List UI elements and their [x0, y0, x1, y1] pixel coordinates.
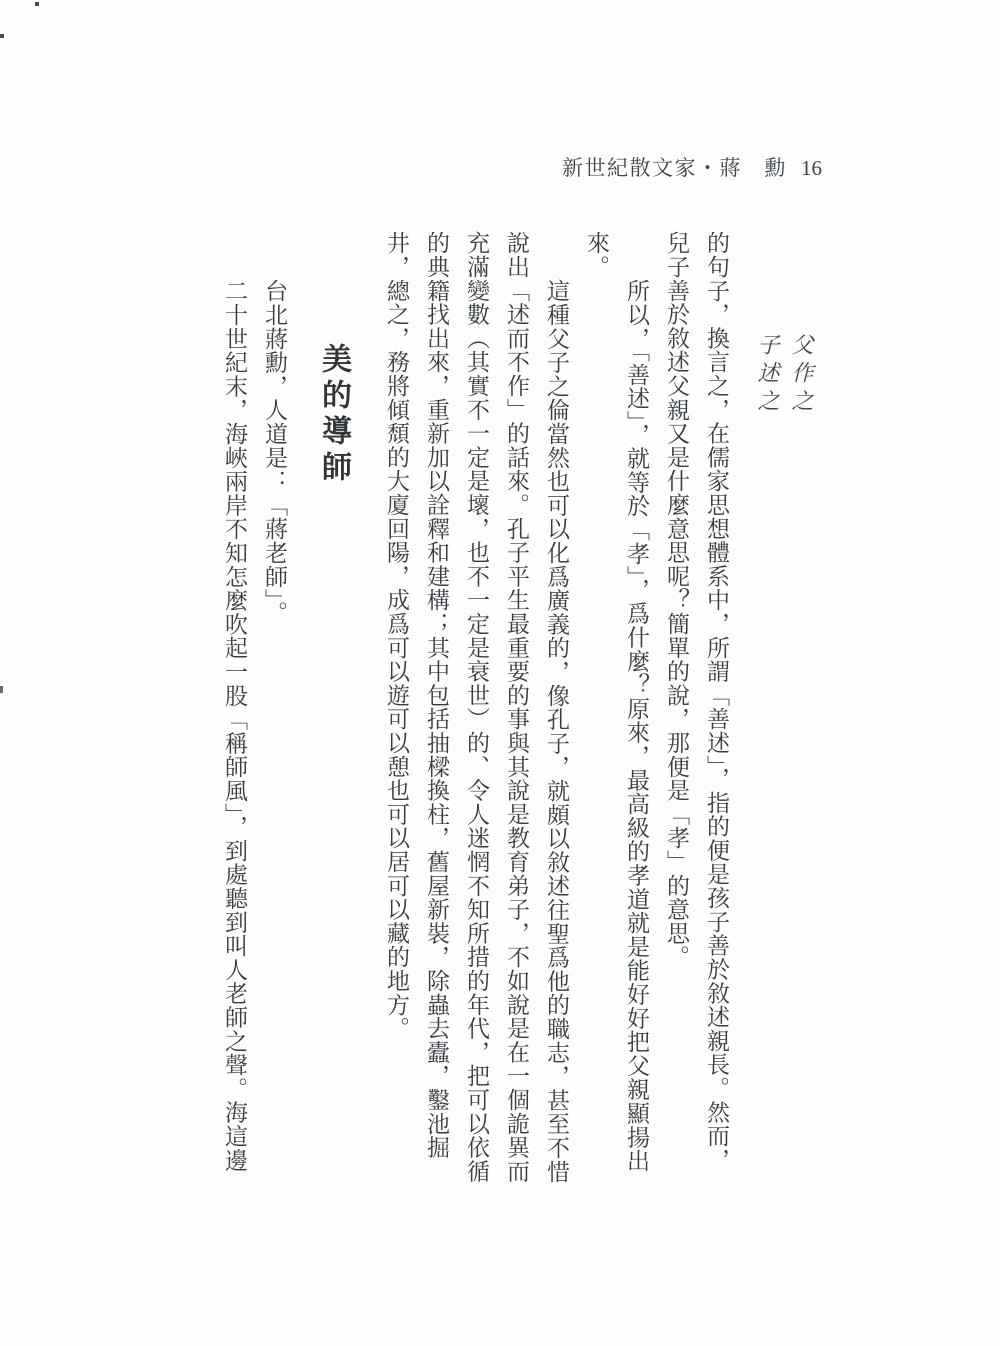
text-block: 父作之 子述之 的句子，換言之，在儒家思想體系中，所謂「善述」，指的便是孩子善於… — [214, 231, 818, 1221]
scan-artifact — [0, 34, 4, 38]
running-head: 新世紀散文家・蔣 勳16 — [562, 152, 822, 182]
text-column: 充滿變數（其實不一定是壞，也不一定是衰世）的、令人迷惘不知所措的年代，把可以依循 — [456, 231, 496, 1216]
text-column: 的句子，換言之，在儒家思想體系中，所謂「善述」，指的便是孩子善於敘述親長。然而， — [696, 231, 736, 1216]
text-column: 兒子善於敘述父親又是什麼意思呢？簡單的說，那便是「孝」的意思。 — [656, 231, 696, 1216]
book-page: 新世紀散文家・蔣 勳16 父作之 子述之 的句子，換言之，在儒家思想體系中，所謂… — [0, 0, 1000, 1346]
text-column: 二十世紀末，海峽兩岸不知怎麼吹起一股「稱師風」，到處聽到叫人老師之聲。海這邊 — [214, 231, 254, 1216]
page-number: 16 — [801, 156, 822, 180]
series-title: 新世紀散文家・蔣 勳 — [562, 156, 787, 180]
text-column: 所以，「善述」，就等於「孝」，爲什麼？原來，最高級的孝道就是能好好把父親顯揚出 — [616, 231, 656, 1216]
text-column: 這種父子之倫當然也可以化爲廣義的，像孔子，就頗以敘述往聖爲他的職志，甚至不惜 — [536, 231, 576, 1216]
epigraph-line-2: 子述之 — [750, 231, 784, 1216]
section-heading: 美的導師 — [310, 231, 356, 1216]
text-column: 的典籍找出來，重新加以詮釋和建構；其中包括抽樑換柱，舊屋新裝，除蟲去蠹，鑿池掘 — [416, 231, 456, 1216]
epigraph-line-1: 父作之 — [784, 231, 818, 1216]
text-column: 井，總之，務將傾頹的大廈回陽，成爲可以遊可以憩也可以居可以藏的地方。 — [376, 231, 416, 1216]
scan-artifact — [35, 2, 39, 6]
scan-artifact — [0, 686, 3, 693]
text-column: 說出「述而不作」的話來。孔子平生最重要的事與其說是教育弟子，不如說是在一個詭異而 — [496, 231, 536, 1216]
text-column: 台北蔣勳，人道是：「蔣老師」。 — [254, 231, 294, 1216]
text-column: 來。 — [576, 231, 616, 1216]
